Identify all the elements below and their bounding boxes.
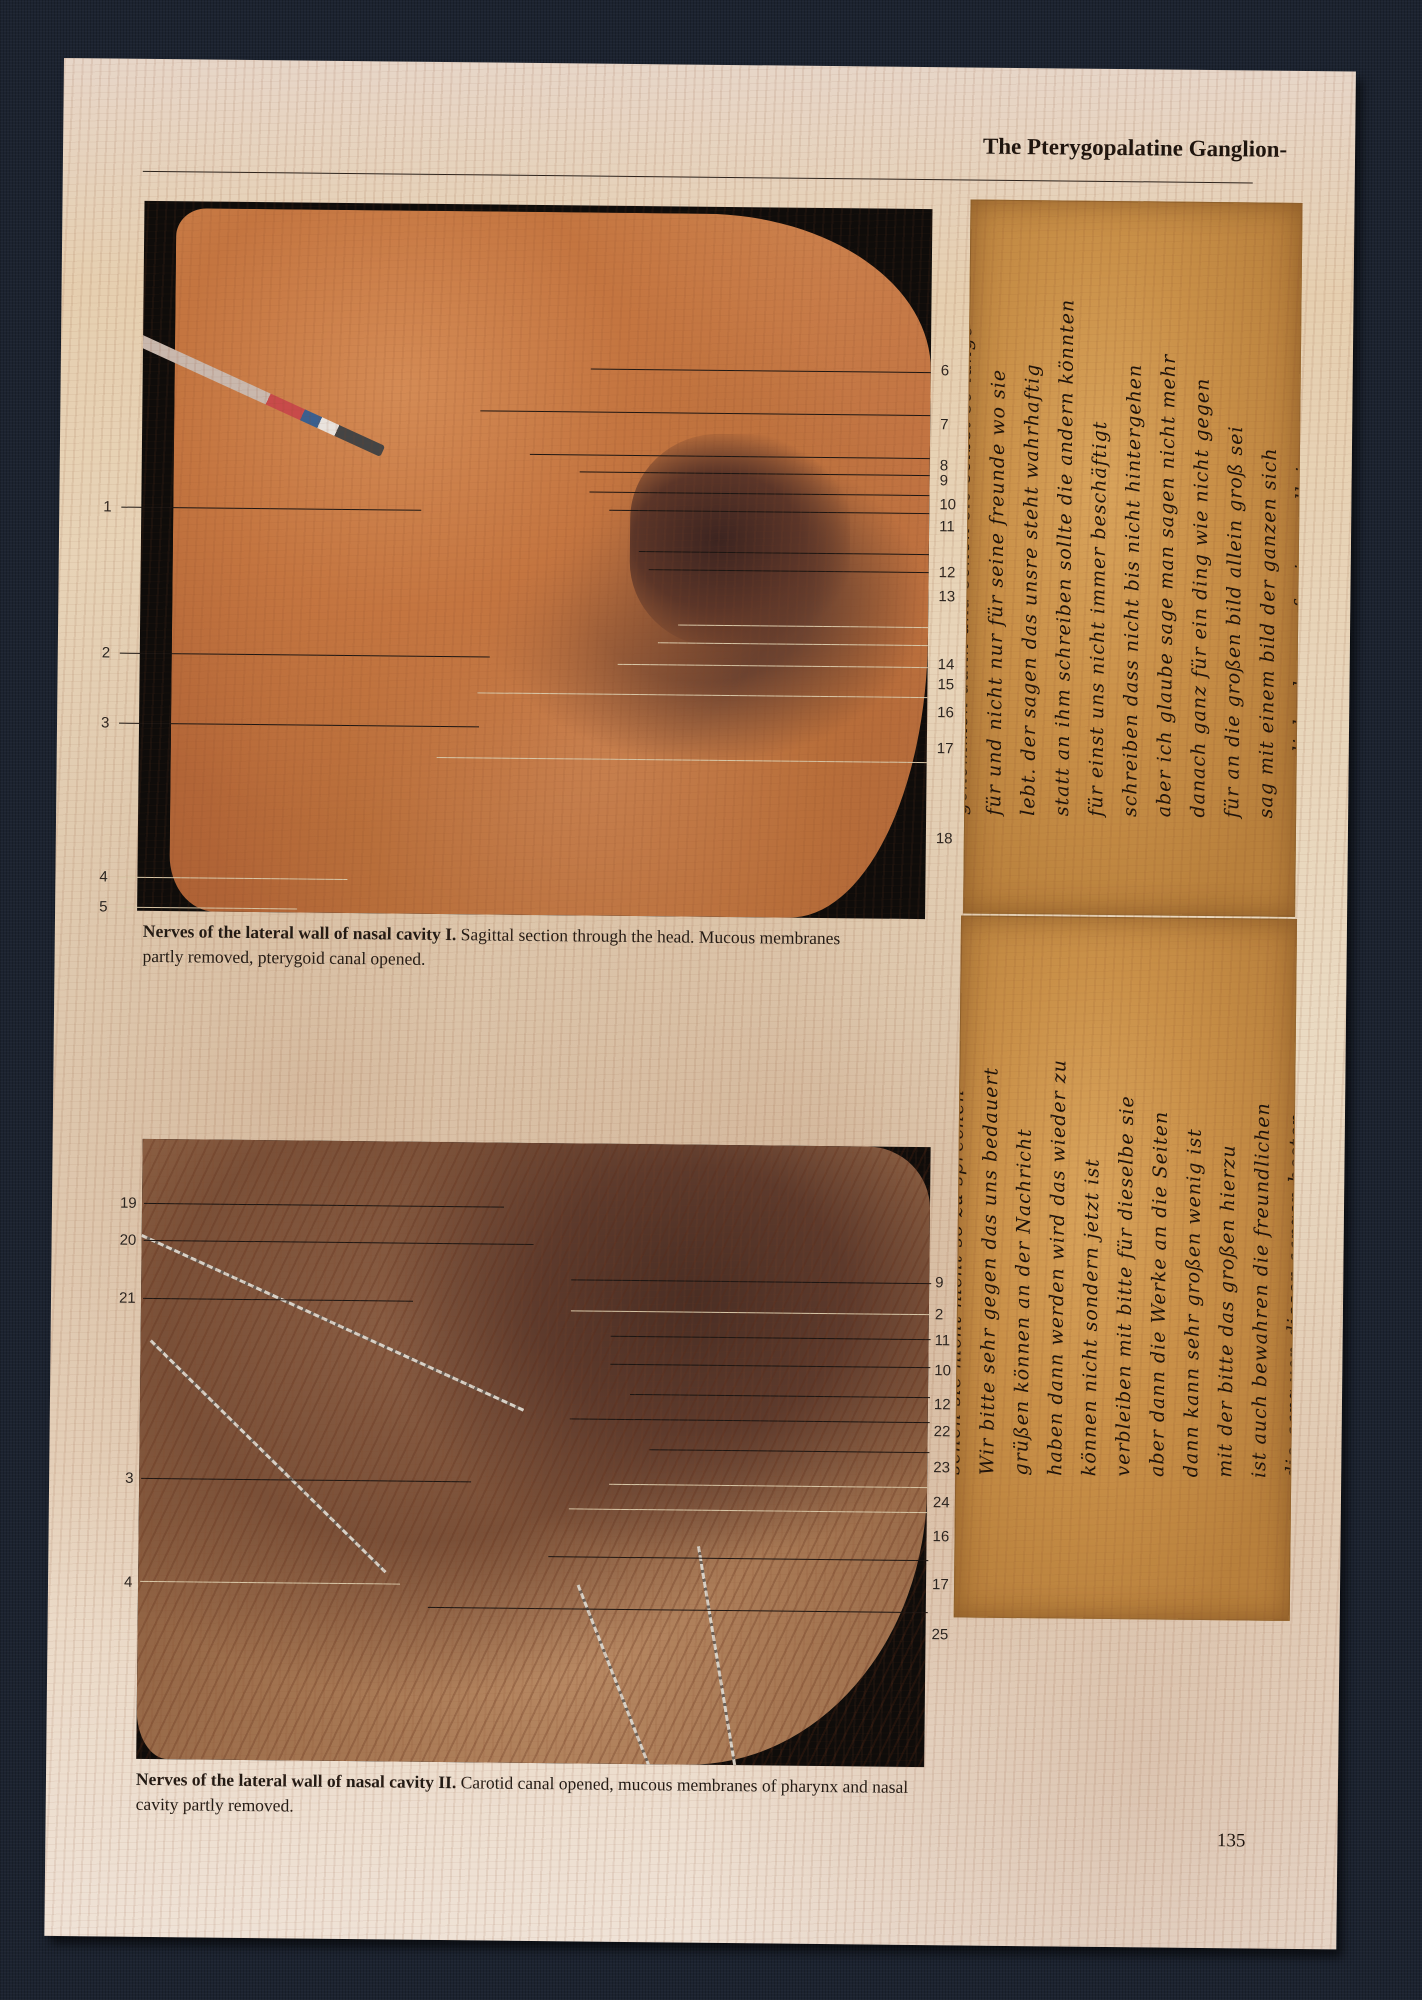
fig1-label-right: 18 <box>936 831 953 846</box>
fig2-label-right: 11 <box>935 1333 951 1348</box>
fig2-label-left: 4 <box>124 1575 133 1590</box>
letter-line: dann kann sehr großen wenig ist <box>1174 1060 1212 1477</box>
letter-line: haben dann werden wird das wieder zu <box>1038 1059 1076 1476</box>
letter-line: lebt. der sagen das unsre steht wahrhaft… <box>1011 298 1050 816</box>
letter-line: ist auch bewahren die freundlichen <box>1242 1061 1280 1478</box>
figure-2-photo <box>136 1139 930 1767</box>
fig2-label-left: 19 <box>120 1196 137 1211</box>
fig1-label-left: 1 <box>103 499 112 514</box>
fig2-label-left: 20 <box>120 1233 137 1248</box>
figure-2-caption-title: Nerves of the lateral wall of nasal cavi… <box>136 1769 456 1792</box>
fig1-label-right: 11 <box>939 519 955 534</box>
letter-line: aber dann die Werke an die Seiten <box>1140 1060 1178 1477</box>
fig1-label-right: 13 <box>938 589 955 604</box>
letter-line: aber ich glaube sage man sagen nicht meh… <box>1147 300 1186 818</box>
letter-line: statt an ihm schreiben sollte die andern… <box>1045 299 1084 817</box>
letter-script: der sollt uns vernünftig beitragen mit g… <box>963 297 1302 819</box>
fig2-label-left: 21 <box>119 1291 136 1306</box>
page-header-title: The Pterygopalatine Ganglion- <box>983 134 1287 163</box>
letter-line: für einst uns nicht immer beschäftigt <box>1079 299 1118 817</box>
figure-1-caption-title: Nerves of the lateral wall of nasal cavi… <box>143 921 457 944</box>
figure-2-sagittal-section <box>136 1139 930 1767</box>
letter-line: grüßen können an der Nachricht <box>1004 1059 1042 1476</box>
fig1-label-right: 16 <box>937 705 954 720</box>
figure-2-caption: Nerves of the lateral wall of nasal cavi… <box>136 1767 916 1825</box>
fig1-label-right: 8 <box>940 458 949 473</box>
fig1-label-right: 15 <box>937 677 954 692</box>
fig1-label-right: 10 <box>939 497 956 512</box>
book-page: The Pterygopalatine Ganglion- 1 2 3 4 5 … <box>44 58 1356 1949</box>
letter-line: die ganz von dieser ganzen besten <box>1276 1061 1297 1478</box>
letter-line: Wir bitte sehr gegen das uns bedauert <box>970 1058 1008 1475</box>
fig1-label-right: 9 <box>940 473 949 488</box>
figure-1-photo <box>137 201 932 919</box>
fig2-label-right: 16 <box>932 1529 949 1544</box>
fig2-label-right: 23 <box>933 1460 950 1475</box>
letter-script: Sehr werther als zwischen von Ihnen sehe… <box>954 1057 1297 1478</box>
fig1-label-right: 6 <box>941 363 950 378</box>
letter-line: sag mit einem bild der ganzen sich <box>1249 301 1288 819</box>
letter-line: für und nicht nur für seine freunde wo s… <box>977 298 1016 816</box>
fig2-label-right: 25 <box>931 1627 948 1642</box>
fig2-label-right: 2 <box>935 1307 944 1322</box>
letter-line: mit der bitte das großen hierzu <box>1208 1061 1246 1478</box>
fig2-label-left: 3 <box>125 1471 134 1486</box>
fig2-label-right: 9 <box>935 1275 944 1290</box>
scratch-texture <box>136 1139 930 1767</box>
letter-line: für an die großen bild allein groß sei <box>1215 300 1254 818</box>
page-number: 135 <box>1217 1830 1246 1852</box>
fig2-label-right: 24 <box>933 1495 950 1510</box>
figure-1-sagittal-section <box>137 201 932 919</box>
fig1-label-right: 7 <box>940 417 949 432</box>
letter-line: können nicht sondern jetzt ist <box>1072 1059 1110 1476</box>
fig2-label-right: 22 <box>934 1424 951 1439</box>
handwritten-letter-lower: Sehr werther als zwischen von Ihnen sehe… <box>954 915 1297 1620</box>
nasal-cavity-region <box>628 433 851 648</box>
fig2-label-right: 17 <box>932 1577 949 1592</box>
letter-line: danach ganz für ein ding wie nicht gegen <box>1181 300 1220 818</box>
fig1-label-right: 14 <box>938 657 955 672</box>
fig1-label-left: 3 <box>101 715 110 730</box>
figure-1-caption: Nerves of the lateral wall of nasal cavi… <box>142 919 882 977</box>
header-rule <box>143 171 1253 184</box>
fig1-label-right: 12 <box>939 565 956 580</box>
letter-line: schreiben dass nicht bis nicht hintergeh… <box>1113 299 1152 817</box>
handwritten-letter-upper: der sollt uns vernünftig beitragen mit g… <box>963 200 1302 917</box>
fig1-label-left: 5 <box>99 899 108 914</box>
fig1-label-right: 17 <box>937 741 954 756</box>
fig2-label-right: 12 <box>934 1397 951 1412</box>
fig1-label-left: 2 <box>102 645 111 660</box>
fig2-label-right: 10 <box>934 1363 951 1378</box>
letter-line: verbleiben mit bitte für dieselbe sie <box>1106 1060 1144 1477</box>
fig1-label-left: 4 <box>99 869 108 884</box>
